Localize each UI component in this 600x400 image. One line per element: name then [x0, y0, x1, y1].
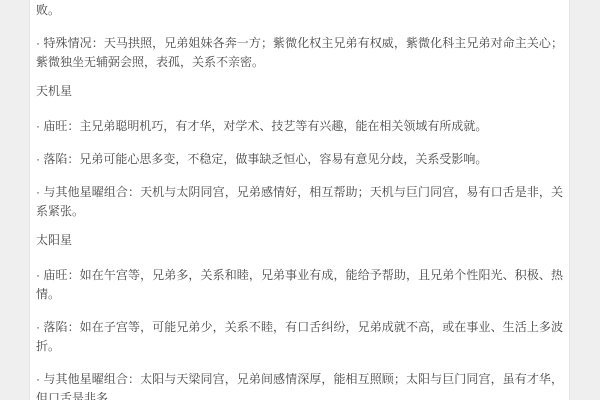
bullet-tianji-combinations: · 与其他星曜组合：天机与太阴同宫，兄弟感情好，相互帮助；天机与巨门同宫，易有口… [36, 183, 563, 221]
page-viewport: 败。 · 特殊情况：天马拱照，兄弟姐妹各奔一方；紫微化权主兄弟有权威，紫微化科主… [0, 0, 600, 400]
bullet-tianji-luoxian: · 落陷：兄弟可能心思多变，不稳定，做事缺乏恒心，容易有意见分歧，关系受影响。 [36, 150, 563, 169]
paragraph-fragment-top: 败。 [36, 1, 563, 20]
bullet-taiyang-combinations: · 与其他星曜组合：太阳与天梁同宫，兄弟间感情深厚，能相互照顾；太阳与巨门同宫，… [36, 370, 563, 400]
article-content-area[interactable]: 败。 · 特殊情况：天马拱照，兄弟姐妹各奔一方；紫微化权主兄弟有权威，紫微化科主… [29, 0, 570, 400]
bullet-special-cases: · 特殊情况：天马拱照，兄弟姐妹各奔一方；紫微化权主兄弟有权威，紫微化科主兄弟对… [36, 34, 563, 72]
heading-tianji-star: 天机星 [36, 82, 563, 101]
bullet-tianji-miaowang: · 庙旺：主兄弟聪明机巧，有才华，对学术、技艺等有兴趣，能在相关领域有所成就。 [36, 117, 563, 136]
bullet-taiyang-miaowang: · 庙旺：如在午宫等，兄弟多，关系和睦，兄弟事业有成，能给予帮助，且兄弟个性阳光… [36, 266, 563, 304]
bullet-taiyang-luoxian: · 落陷：如在子宫等，可能兄弟少，关系不睦，有口舌纠纷，兄弟成就不高，或在事业、… [36, 318, 563, 356]
heading-taiyang-star: 太阳星 [36, 231, 563, 250]
